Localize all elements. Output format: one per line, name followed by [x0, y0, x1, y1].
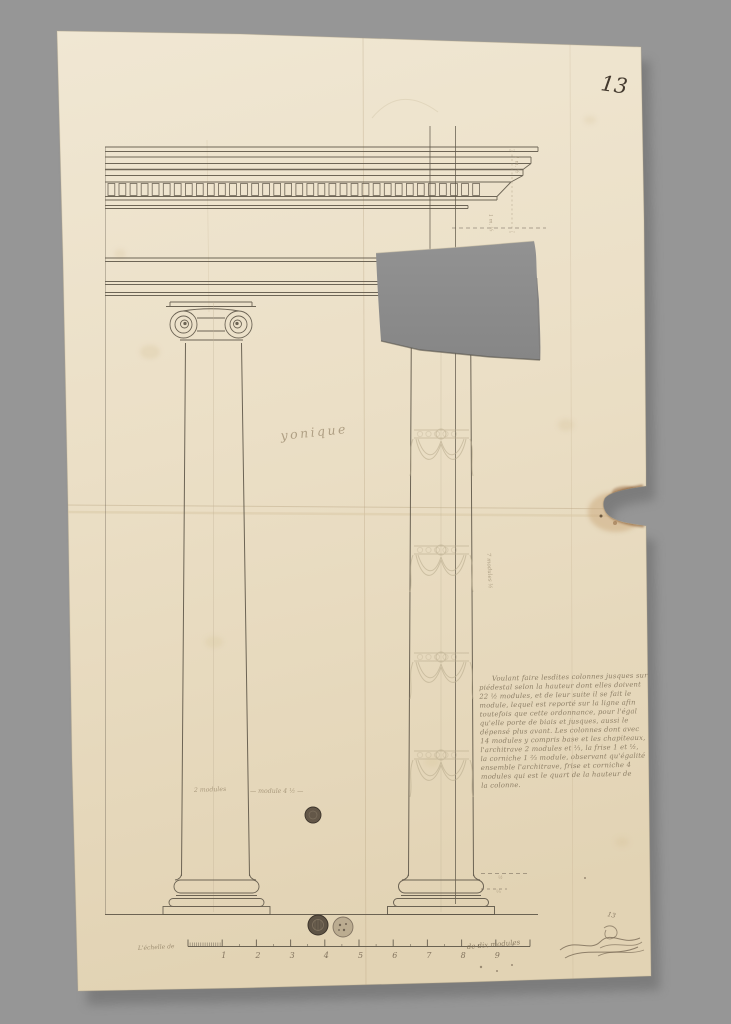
cornice-note-upper: 1 m. ½ [513, 156, 521, 174]
ink-stamp-2 [333, 917, 353, 937]
label-left-column: 2 modules [193, 786, 226, 794]
handwritten-note: Voulant faire lesdites colonnes jusques … [478, 671, 651, 789]
scale-numeral: 1 [221, 951, 226, 960]
note-lines: Voulant faire lesdites colonnes jusques … [478, 671, 651, 789]
scanned-drawing: 123456789 13 yonique Voulant faire lesdi… [0, 0, 731, 1024]
cornice-note-lower: 1 m. ⅓ [487, 214, 494, 232]
paper-sheet [57, 31, 651, 991]
base-note-2: ⅓ [496, 889, 501, 895]
scale-numeral: 6 [392, 951, 397, 960]
scale-numeral: 2 [254, 951, 260, 960]
scale-numeral: 5 [358, 951, 363, 960]
note-line: la colonne. [481, 781, 521, 790]
scale-numeral: 3 [290, 951, 295, 960]
label-center: — module 4 ½ — [250, 788, 303, 795]
torn-hole [376, 241, 540, 360]
scale-numeral: 9 [495, 951, 500, 960]
scan-stage: 123456789 13 yonique Voulant faire lesdi… [0, 0, 731, 1024]
scale-numeral: 8 [461, 951, 466, 960]
scale-numeral: 4 [323, 951, 329, 960]
ink-stamp-3 [305, 807, 321, 823]
page-number: 13 [599, 71, 629, 98]
ink-stamp-1 [308, 915, 328, 935]
base-note-1: ½ [498, 874, 503, 881]
